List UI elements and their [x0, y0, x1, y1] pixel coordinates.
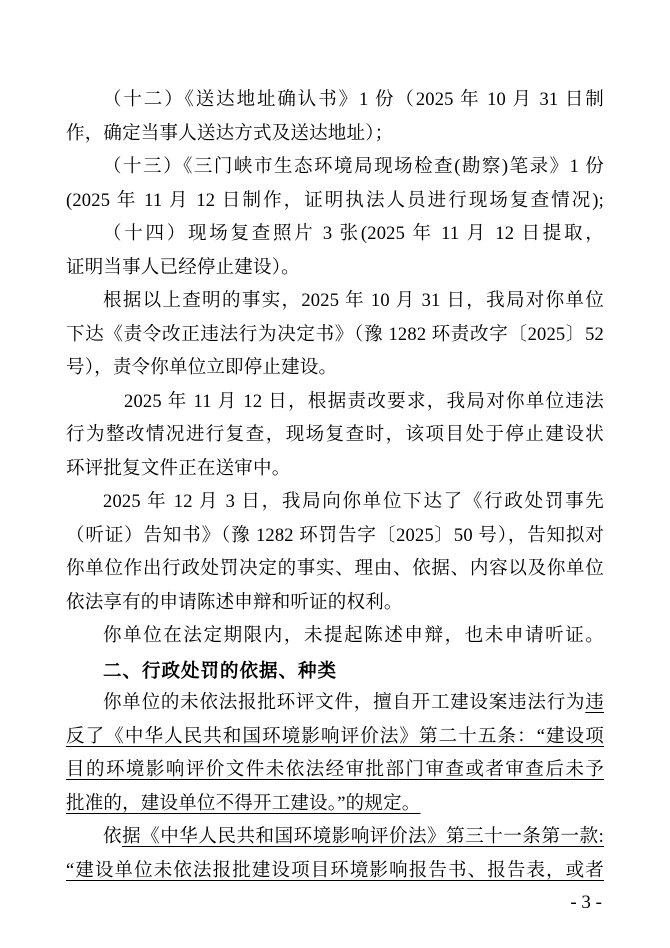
- underlined-text: 反了《中华人民共和国环境影响评价法》第二十五条：“建设项: [66, 727, 604, 747]
- text-segment: 你单位的未依法报批环评文件，擅自开工建设案违法行为: [103, 693, 585, 713]
- text-line: (2025 年 11 月 12 日制作，证明执法人员进行现场复查情况);: [66, 185, 604, 219]
- underlined-text: 批准的，建设单位不得开工建设。”的规定。: [66, 794, 420, 814]
- text-segment: 证明当事人已经停止建设）。: [66, 258, 300, 278]
- text-line: 依法享有的申请陈述申辩和听证的权利。: [66, 587, 604, 621]
- text-segment: 作，确定当事人送达方式及送达地址）；: [66, 124, 393, 144]
- text-segment: 根据以上查明的事实，2025 年 10 月 31 日，我局对你单位: [103, 291, 604, 311]
- text-segment: 二、行政处罚的依据、种类: [103, 660, 337, 681]
- text-segment: 行为整改情况进行复查，现场复查时，该项目处于停止建设状态，: [66, 425, 604, 453]
- text-line: （十二）《送达地址确认书》1 份（2025 年 10 月 31 日制: [66, 84, 604, 118]
- text-line: 根据以上查明的事实，2025 年 10 月 31 日，我局对你单位: [66, 285, 604, 319]
- text-segment: 下达《责令改正违法行为决定书》（豫 1282 环责改字〔2025〕52: [66, 325, 604, 345]
- text-line: “建设单位未依法报批建设项目环境影响报告书、报告表，或者: [66, 855, 604, 889]
- text-line: 依据《中华人民共和国环境影响评价法》第三十一条第一款:: [66, 821, 604, 855]
- text-segment: 2025 年 12 月 3 日，我局向你单位下达了《行政处罚事先: [103, 492, 604, 512]
- text-line: 行为整改情况进行复查，现场复查时，该项目处于停止建设状态，: [66, 419, 604, 453]
- text-line: （十三）《三门峡市生态环境局现场检查(勘察)笔录》1 份: [66, 151, 604, 185]
- text-segment: 你单位作出行政处罚决定的事实、理由、依据、内容以及你单位: [66, 559, 604, 579]
- text-segment: 环评批复文件正在送审中。: [66, 459, 290, 479]
- text-lines: （十二）《送达地址确认书》1 份（2025 年 10 月 31 日制作，确定当事…: [66, 84, 604, 888]
- text-segment: （十三）《三门峡市生态环境局现场检查(勘察)笔录》1 份: [103, 157, 604, 177]
- text-segment: （听证）告知书》（豫 1282 环罚告字〔2025〕50 号），告知拟对: [66, 526, 604, 546]
- page-number: - 3 -: [66, 891, 604, 915]
- text-line: 你单位的未依法报批环评文件，擅自开工建设案违法行为违: [66, 687, 604, 721]
- text-segment: （十四）现场复查照片 3 张(2025 年 11 月 12 日提取，: [103, 224, 604, 244]
- text-line: 你单位在法定期限内，未提起陈述申辩，也未申请听证。: [66, 620, 604, 654]
- underlined-text: “建设单位未依法报批建设项目环境影响报告书、报告表，或者: [66, 861, 604, 881]
- text-segment: 2025 年 11 月 12 日，根据责改要求，我局对你单位违法: [124, 392, 604, 412]
- text-line: 下达《责令改正违法行为决定书》（豫 1282 环责改字〔2025〕52: [66, 319, 604, 353]
- text-segment: 号），责令你单位立即停止建设。: [66, 358, 337, 378]
- text-line: 2025 年 12 月 3 日，我局向你单位下达了《行政处罚事先: [66, 486, 604, 520]
- text-line: 号），责令你单位立即停止建设。: [66, 352, 604, 386]
- text-line: 证明当事人已经停止建设）。: [66, 252, 604, 286]
- text-line: 批准的，建设单位不得开工建设。”的规定。: [66, 788, 604, 822]
- text-line: 作，确定当事人送达方式及送达地址）；: [66, 118, 604, 152]
- underlined-text: 据《中华人民共和国环境影响评价法》第三十一条第一款:: [122, 827, 604, 847]
- text-line: （十四）现场复查照片 3 张(2025 年 11 月 12 日提取，: [66, 218, 604, 252]
- text-line: 环评批复文件正在送审中。: [66, 453, 604, 487]
- section-heading: 二、行政处罚的依据、种类: [66, 654, 604, 688]
- underlined-text: 目的环境影响评价文件未依法经审批部门审查或者审查后未予: [66, 760, 604, 780]
- text-segment: (2025 年 11 月 12 日制作，证明执法人员进行现场复查情况);: [66, 191, 604, 211]
- text-segment: 你单位在法定期限内，未提起陈述申辩，也未申请听证。: [103, 626, 604, 646]
- text-segment: 依法享有的申请陈述申辩和听证的权利。: [66, 593, 403, 613]
- text-line: 目的环境影响评价文件未依法经审批部门审查或者审查后未予: [66, 754, 604, 788]
- document-body: （十二）《送达地址确认书》1 份（2025 年 10 月 31 日制作，确定当事…: [66, 84, 604, 915]
- text-line: 2025 年 11 月 12 日，根据责改要求，我局对你单位违法: [66, 386, 604, 420]
- document-page: （十二）《送达地址确认书》1 份（2025 年 10 月 31 日制作，确定当事…: [0, 0, 670, 948]
- text-line: （听证）告知书》（豫 1282 环罚告字〔2025〕50 号），告知拟对: [66, 520, 604, 554]
- text-line: 你单位作出行政处罚决定的事实、理由、依据、内容以及你单位: [66, 553, 604, 587]
- underlined-text: 违: [585, 693, 604, 713]
- text-segment: 依: [103, 827, 122, 847]
- text-segment: （十二）《送达地址确认书》1 份（2025 年 10 月 31 日制: [103, 90, 604, 110]
- text-line: 反了《中华人民共和国环境影响评价法》第二十五条：“建设项: [66, 721, 604, 755]
